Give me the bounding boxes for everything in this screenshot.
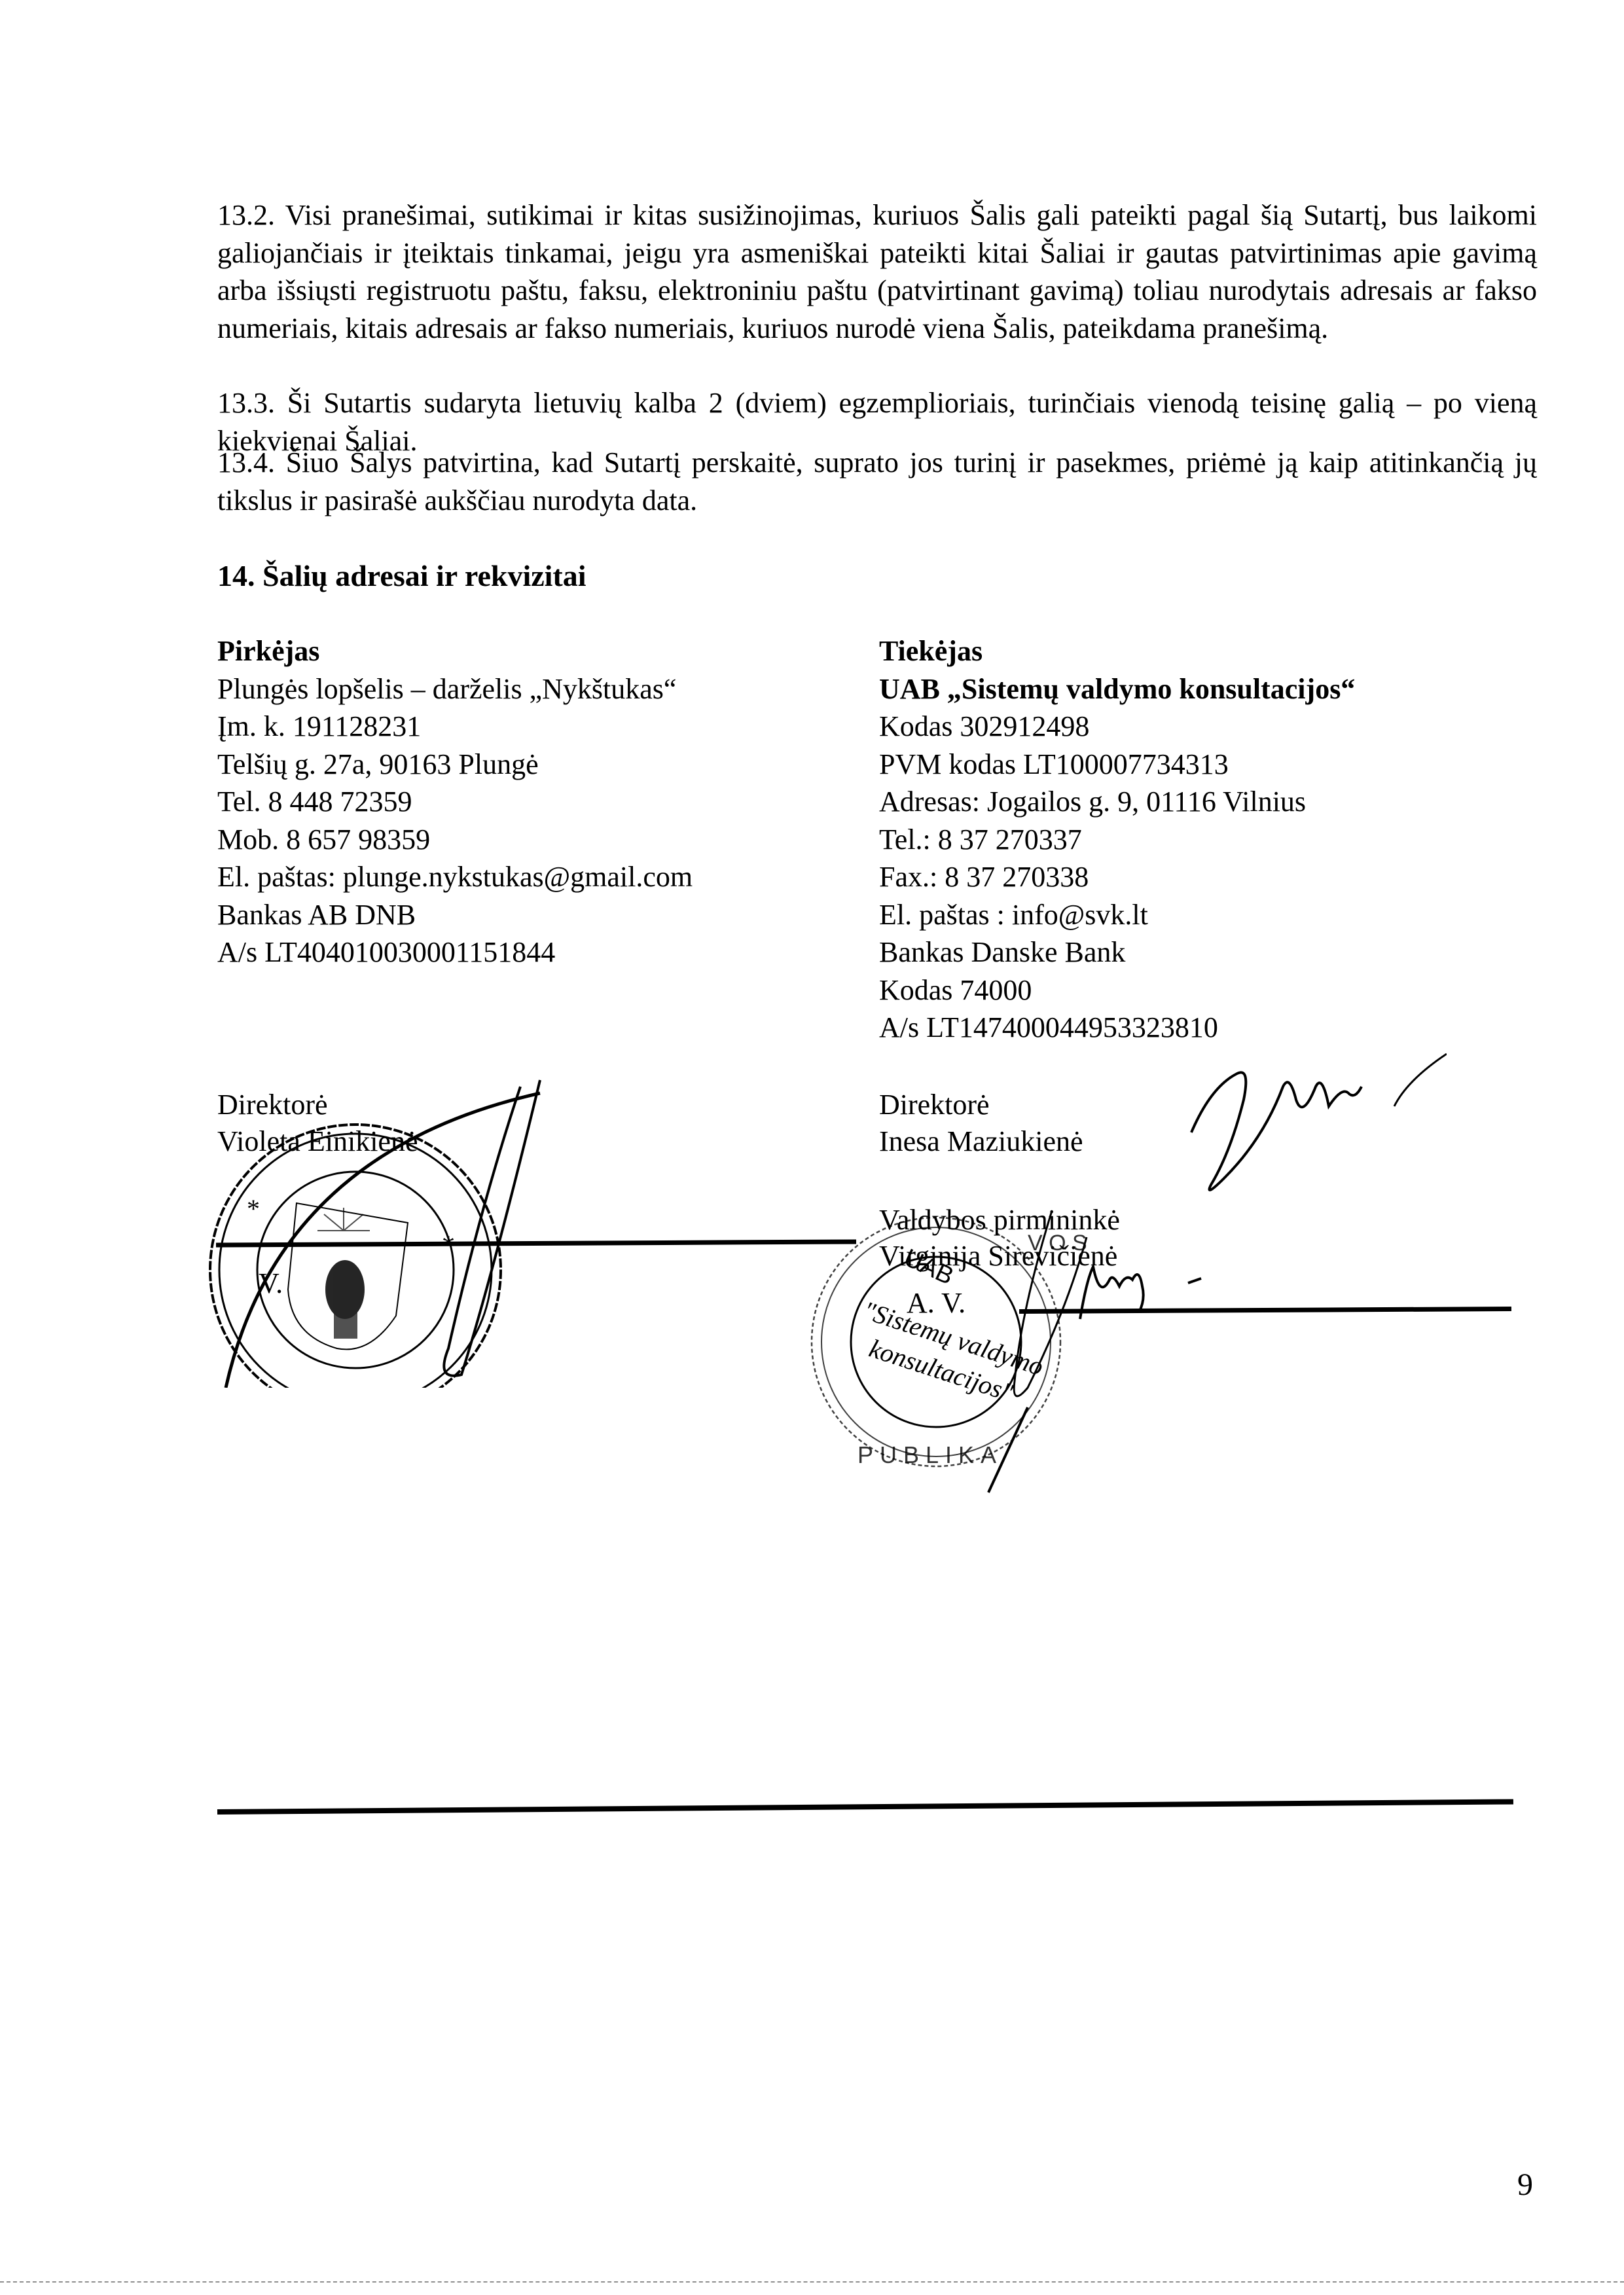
buyer-title: Pirkėjas bbox=[217, 632, 693, 670]
bottom-separator-line bbox=[217, 1799, 1513, 1815]
supplier-line: Kodas 302912498 bbox=[879, 708, 1355, 746]
section-14-heading: 14. Šalių adresai ir rekvizitai bbox=[217, 558, 586, 593]
buyer-line: Bankas AB DNB bbox=[217, 896, 693, 934]
buyer-line: Tel. 8 448 72359 bbox=[217, 783, 693, 821]
supplier-details: Tiekėjas UAB „Sistemų valdymo konsultaci… bbox=[879, 632, 1355, 1047]
svg-text:*: * bbox=[247, 1194, 260, 1223]
buyer-line: Telšių g. 27a, 90163 Plungė bbox=[217, 746, 693, 784]
supplier-line: Fax.: 8 37 270338 bbox=[879, 858, 1355, 896]
page-number: 9 bbox=[1517, 2167, 1533, 2203]
supplier-signatory1-name: Inesa Maziukienė bbox=[879, 1123, 1083, 1160]
supplier-email-line: El. paštas : info@svk.lt bbox=[879, 896, 1355, 934]
paragraph-13-4: 13.4. Šiuo Šalys patvirtina, kad Sutartį… bbox=[217, 444, 1537, 519]
svg-text:V O S: V O S bbox=[1028, 1231, 1087, 1256]
svg-text:PUBLIKA: PUBLIKA bbox=[857, 1441, 1003, 1468]
svg-text:UAB: UAB bbox=[899, 1244, 958, 1290]
director-signature-icon bbox=[1172, 1047, 1447, 1198]
buyer-details: Pirkėjas Plungės lopšelis – darželis „Ny… bbox=[217, 632, 693, 971]
buyer-line: Mob. 8 657 98359 bbox=[217, 821, 693, 859]
buyer-line: Įm. k. 191128231 bbox=[217, 708, 693, 746]
buyer-line: Plungės lopšelis – darželis „Nykštukas“ bbox=[217, 670, 693, 708]
supplier-line: Adresas: Jogailos g. 9, 01116 Vilnius bbox=[879, 783, 1355, 821]
footer-scan-edge bbox=[0, 2281, 1624, 2283]
supplier-title: Tiekėjas bbox=[879, 632, 1355, 670]
buyer-email-line: El. paštas: plunge.nykstukas@gmail.com bbox=[217, 858, 693, 896]
supplier-company: UAB „Sistemų valdymo konsultacijos“ bbox=[879, 670, 1355, 708]
buyer-stamp-icon: V. * * bbox=[200, 1074, 566, 1388]
chair-signature-icon bbox=[1074, 1254, 1244, 1332]
svg-text:A. V.: A. V. bbox=[907, 1287, 965, 1319]
supplier-line: A/s LT147400044953323810 bbox=[879, 1009, 1355, 1047]
supplier-line: Tel.: 8 37 270337 bbox=[879, 821, 1355, 859]
supplier-line: PVM kodas LT100007734313 bbox=[879, 746, 1355, 784]
supplier-line: Bankas Danske Bank bbox=[879, 933, 1355, 971]
buyer-line: A/s LT404010030001151844 bbox=[217, 933, 693, 971]
paragraph-13-2: 13.2. Visi pranešimai, sutikimai ir kita… bbox=[217, 196, 1537, 347]
supplier-signatory1-role: Direktorė bbox=[879, 1087, 990, 1123]
supplier-line: Kodas 74000 bbox=[879, 971, 1355, 1009]
